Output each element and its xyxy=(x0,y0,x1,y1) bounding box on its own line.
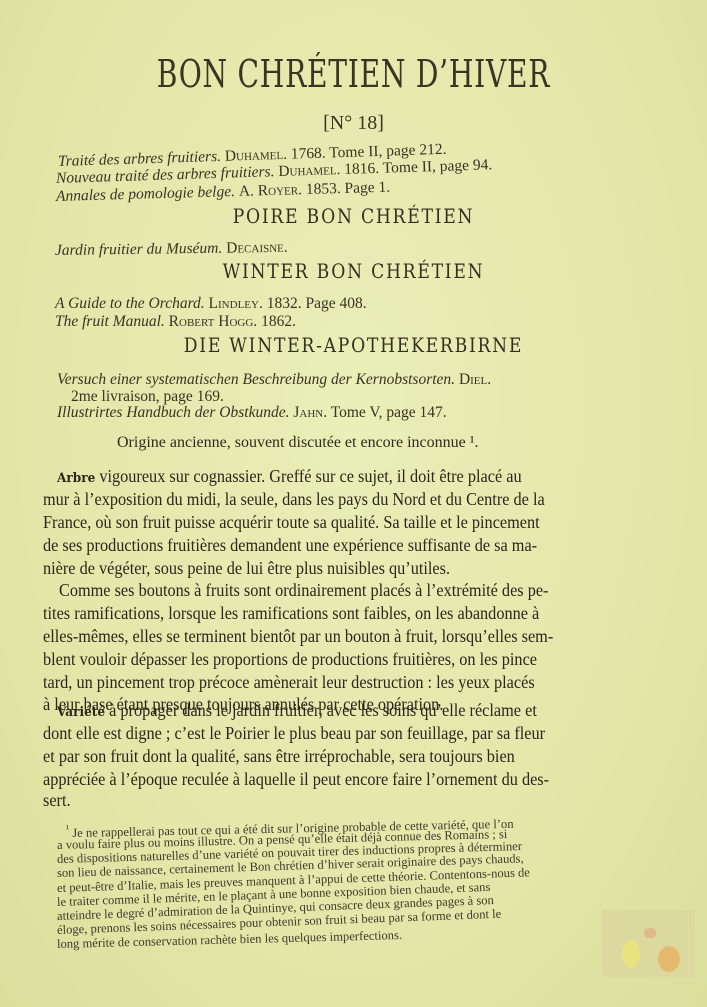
footnote-marker: ¹ xyxy=(66,824,69,835)
paragraph-line: et par son fruit dont la qualité, sans ê… xyxy=(43,746,557,767)
reference-line: Illustrirtes Handbuch der Obstkunde. Jah… xyxy=(57,404,447,422)
page-title: BON CHRÉTIEN D’HIVER xyxy=(92,52,615,96)
paragraph-line: de ses productions fruitières demandent … xyxy=(43,535,557,556)
stem-icon xyxy=(644,928,656,938)
reference-line: The fruit Manual. Robert Hogg. 1862. xyxy=(55,313,296,331)
pear-fruit-illustration xyxy=(602,910,695,977)
paragraph-line: dont elle est digne ; c’est le Poirier l… xyxy=(43,723,557,744)
paragraph-lead: Arbre xyxy=(57,471,95,486)
pear-icon xyxy=(622,940,640,968)
paragraph-line: mur à l’exposition du midi, la seule, da… xyxy=(43,489,557,510)
plate-number: [N° 18] xyxy=(0,112,707,135)
reference-line: A Guide to the Orchard. Lindley. 1832. P… xyxy=(55,295,367,313)
paragraph-line: Comme ses boutons à fruits sont ordinair… xyxy=(59,580,573,601)
reference-line: Versuch einer systematischen Beschreibun… xyxy=(57,371,491,389)
origin-statement: Origine ancienne, souvent discutée et en… xyxy=(117,434,479,452)
paragraph-line: sert. xyxy=(43,790,557,811)
synonym-heading: WINTER BON CHRÉTIEN xyxy=(49,259,657,283)
paragraph-line: Variété à propager dans le jardin fruiti… xyxy=(57,700,571,721)
synonym-heading: DIE WINTER-APOTHEKERBIRNE xyxy=(49,333,657,357)
synonym-heading: POIRE BON CHRÉTIEN xyxy=(49,204,657,228)
reference-line: Jardin fruitier du Muséum. Decaisne. xyxy=(55,239,288,260)
paragraph-lead: Variété xyxy=(57,705,105,720)
document-page: BON CHRÉTIEN D’HIVER [N° 18] Traité des … xyxy=(0,0,707,1007)
paragraph-line: tites ramifications, lorsque les ramific… xyxy=(43,603,557,624)
paragraph-line: nière de végéter, sous peine de lui être… xyxy=(43,558,557,579)
paragraph-line: tard, un pincement trop précoce amènerai… xyxy=(43,672,557,693)
paragraph-line: Arbre vigoureux sur cognassier. Greffé s… xyxy=(57,466,571,487)
paragraph-line: elles-mêmes, elles se terminent bientôt … xyxy=(43,626,557,647)
paragraph-line: France, où son fruit puisse acquérir tou… xyxy=(43,512,557,533)
paragraph-line: appréciée à l’époque reculée à laquelle … xyxy=(43,769,557,790)
pear-icon xyxy=(658,946,680,972)
paragraph-line: blent vouloir dépasser les proportions d… xyxy=(43,649,557,670)
